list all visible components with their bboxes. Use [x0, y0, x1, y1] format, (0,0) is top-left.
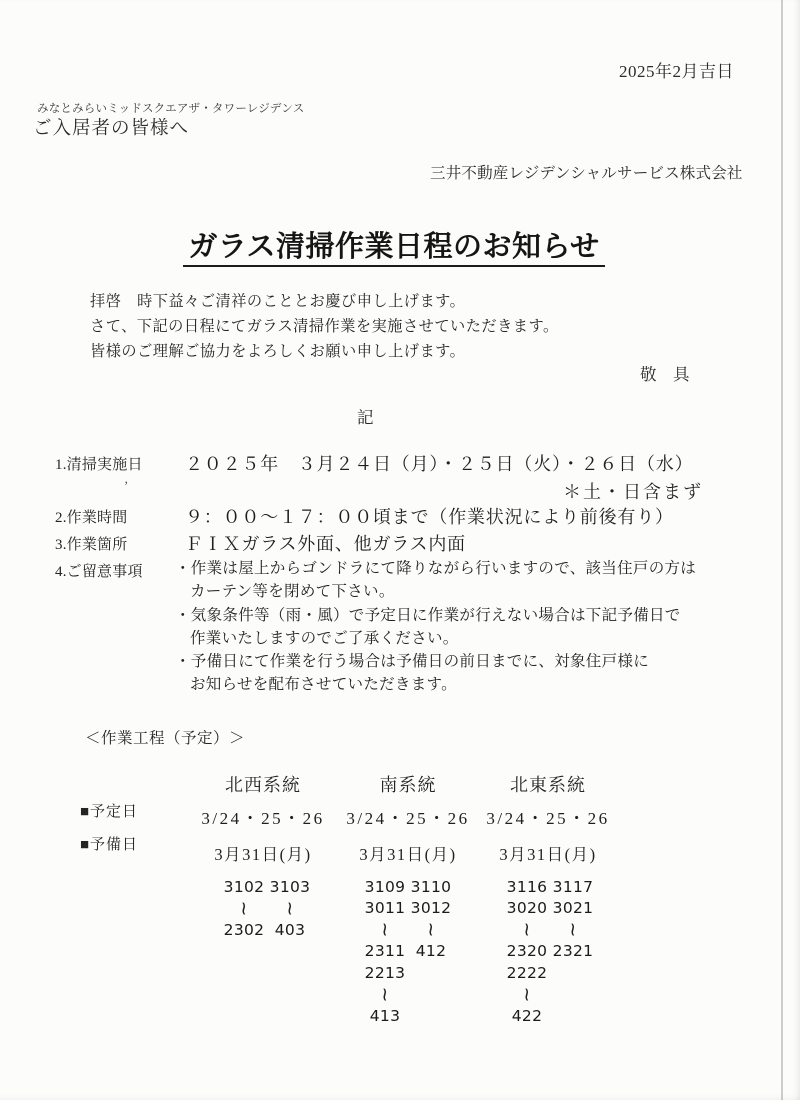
range-tilde: ~: [374, 971, 396, 1017]
range-tilde: ~: [516, 907, 538, 953]
precaution-line: ・作業は屋上からゴンドラにて降りながら行いますので、該当住戸の方は: [175, 557, 696, 580]
unit-number: [408, 962, 454, 984]
unit-number: [550, 962, 596, 984]
detail-2-value: ９：００～１７：００頃まで（作業状況により前後有り）: [185, 503, 674, 529]
unit-number: [550, 1005, 596, 1027]
reserve-row-label: ■予備日: [80, 833, 138, 854]
greeting-paragraph: 拝啓 時下益々ご清祥のこととお慶び申し上げます。 さて、下記の日程にてガラス清掃…: [90, 289, 559, 364]
precaution-line: ・気象条件等（雨・風）で予定日に作業が行えない場合は下記予備日で: [175, 604, 696, 627]
planned-date-northwest: 3/24・25・26: [188, 804, 338, 829]
range-tilde: ~: [374, 907, 396, 953]
precaution-line: 作業いたしますのでご了承ください。: [175, 627, 696, 650]
greeting-line-2: さて、下記の日程にてガラス清掃作業を実施させていただきます。: [90, 314, 559, 339]
unit-number: 3116: [504, 876, 550, 898]
range-tilde: ~: [233, 885, 255, 931]
detail-1-note: ＊土・日含まず: [563, 478, 703, 504]
range-tilde: ~: [279, 885, 301, 931]
sender-company: 三井不動産レジデンシャルサービス株式会社: [430, 161, 743, 183]
column-header-northwest: 北西系統: [188, 771, 338, 797]
schedule-section-title: ＜作業工程（予定）＞: [85, 726, 245, 748]
detail-2-label: 2.作業時間: [55, 506, 127, 527]
reserve-date-south: 3月31日(月): [333, 841, 483, 865]
notice-title-text: ガラス清掃作業日程のお知らせ: [183, 231, 604, 267]
schedule-column-south: 南系統 3/24・25・26 3月31日(月): [333, 771, 483, 865]
issue-date: 2025年2月吉日: [619, 57, 734, 82]
schedule-column-northeast: 北東系統 3/24・25・26 3月31日(月): [473, 771, 623, 865]
precaution-line: ・予備日にて作業を行う場合は予備日の前日までに、対象住戸様に: [175, 650, 696, 673]
precaution-list: ・作業は屋上からゴンドラにて降りながら行いますので、該当住戸の方は カーテン等を…: [175, 557, 696, 697]
detail-4-label: 4.ご留意事項: [55, 560, 143, 581]
greeting-line-1: 拝啓 時下益々ご清祥のこととお慶び申し上げます。: [90, 289, 559, 314]
record-marker: 記: [357, 404, 374, 428]
detail-1-label: 1.清掃実施日: [55, 453, 143, 474]
planned-row-label: ■予定日: [80, 800, 138, 821]
addressee-line: ご入居者の皆様へ: [33, 114, 189, 140]
reserve-date-northeast: 3月31日(月): [473, 841, 623, 865]
detail-3-value: ＦＩＸガラス外面、他ガラス内面: [185, 530, 466, 556]
detail-1-value: ２０２５年 ３月２４日（月）・２５日（火）・２６日（水）: [185, 450, 693, 476]
closing-keigu: 敬 具: [640, 361, 690, 385]
scan-speck: ’: [124, 478, 128, 494]
unit-range-grid-northeast: 3116 3117 3020 3021 ~ ~ 2320 2321 2222 ~…: [504, 876, 596, 1027]
scanned-notice-page: 2025年2月吉日 みなとみらいミッドスクエアザ・タワーレジデンス ご入居者の皆…: [0, 0, 800, 1100]
unit-number: 3117: [550, 876, 596, 898]
column-header-northeast: 北東系統: [473, 771, 623, 797]
schedule-column-northwest: 北西系統 3/24・25・26 3月31日(月): [188, 771, 338, 865]
precaution-line: カーテン等を閉めて下さい。: [175, 580, 696, 603]
unit-number: [408, 1005, 454, 1027]
unit-range-grid-northwest: 3102 3103 ~ ~ 2302 403: [221, 876, 313, 941]
unit-number: [550, 984, 596, 1006]
planned-date-south: 3/24・25・26: [333, 804, 483, 829]
reserve-date-northwest: 3月31日(月): [188, 841, 338, 865]
scan-artifact-vertical-line: [781, 0, 783, 1100]
planned-date-northeast: 3/24・25・26: [473, 804, 623, 829]
notice-title: ガラス清掃作業日程のお知らせ: [0, 224, 788, 265]
greeting-line-3: 皆様のご理解ご協力をよろしくお願い申し上げます。: [90, 339, 559, 364]
precaution-line: お知らせを配布させていただきます。: [175, 673, 696, 696]
range-tilde: ~: [516, 971, 538, 1017]
range-tilde: ~: [562, 907, 584, 953]
detail-3-label: 3.作業箇所: [55, 533, 127, 554]
unit-number: 3109: [362, 876, 408, 898]
column-header-south: 南系統: [333, 771, 483, 797]
range-tilde: ~: [420, 907, 442, 953]
unit-number: 3110: [408, 876, 454, 898]
unit-number: [408, 984, 454, 1006]
unit-range-grid-south: 3109 3110 3011 3012 ~ ~ 2311 412 2213 ~ …: [362, 876, 454, 1027]
